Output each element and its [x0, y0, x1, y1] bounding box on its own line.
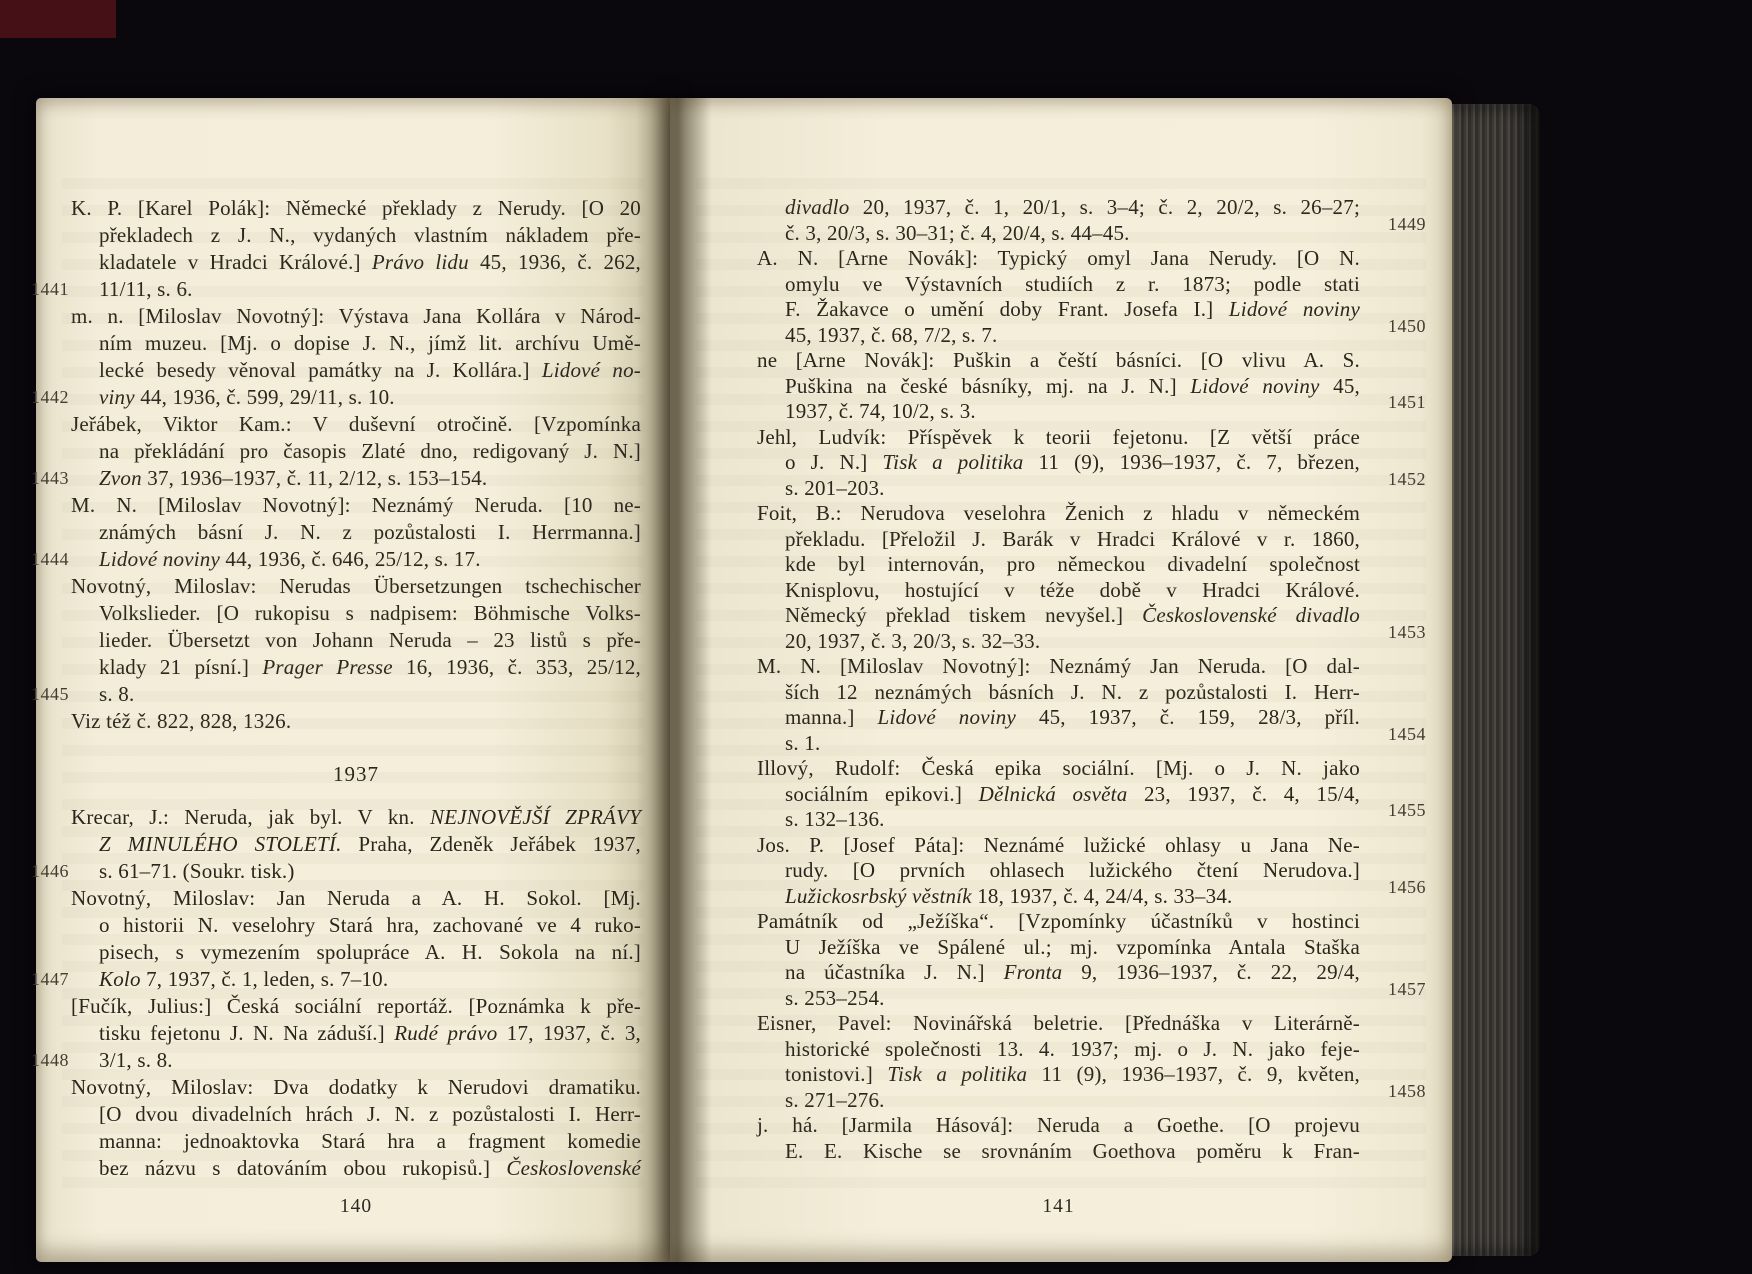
entry-number: 1441 [31, 277, 65, 302]
text-run: historické společnosti 13. 4. 1937; mj. … [785, 1037, 1360, 1061]
bibliography-entry: A. N. [Arne Novák]: Typický omyl Jana Ne… [757, 246, 1360, 348]
entry-line: pisech, s vymezením spolupráce A. H. Sok… [71, 939, 641, 966]
text-run: Praha, Zdeněk Jeřábek 1937, [342, 832, 641, 856]
text-run: Novotný, Miloslav: Jan Neruda a A. H. So… [71, 886, 641, 910]
page-number: 140 [71, 1196, 641, 1218]
entry-line: M. N. [Miloslav Novotný]: Neznámý Jan Ne… [757, 654, 1360, 680]
entry-line: překladu. [Přeložil J. Barák v Hradci Kr… [757, 527, 1360, 553]
entry-line: 45, 1937, č. 68, 7/2, s. 7.1450 [757, 323, 1360, 349]
journal-title: Z MINULÉHO STOLETÍ. [99, 832, 342, 856]
journal-title: Lidové noviny [878, 705, 1016, 729]
text-run: 45, 1937, č. 68, 7/2, s. 7. [785, 323, 997, 347]
bibliography-entry: Jos. P. [Josef Páta]: Neznámé lužické oh… [757, 833, 1360, 910]
entry-line: K. P. [Karel Polák]: Německé překlady z … [71, 195, 641, 222]
entry-line: s. 201–203.1452 [757, 476, 1360, 502]
text-run: M. N. [Miloslav Novotný]: Neznámý Jan Ne… [757, 654, 1360, 678]
journal-title: Lidové no- [542, 358, 641, 382]
text-run: ním muzeu. [Mj. o dopise J. N., jímž lit… [99, 331, 641, 355]
entry-line: na překládání pro časopis Zlaté dno, red… [71, 438, 641, 465]
text-run: 45, 1937, č. 159, 28/3, příl. [1016, 705, 1360, 729]
bibliography-entry: Jeřábek, Viktor Kam.: V duševní otročině… [71, 411, 641, 492]
journal-title: Československé divadlo [1142, 603, 1360, 627]
text-run: [Fučík, Julius:] Česká sociální reportáž… [71, 994, 641, 1018]
entry-line: [Fučík, Julius:] Česká sociální reportáž… [71, 993, 641, 1020]
entry-number: 1458 [1380, 1079, 1426, 1104]
text-run: 17, 1937, č. 3, [497, 1021, 641, 1045]
bibliography-entry: Novotný, Miloslav: Nerudas Übersetzungen… [71, 573, 641, 708]
right-page: divadlo 20, 1937, č. 1, 20/1, s. 3–4; č.… [670, 98, 1452, 1262]
text-run: 11 (9), 1936–1937, č. 7, březen, [1024, 450, 1360, 474]
text-run: Jehl, Ludvík: Příspěvek k teorii fejeton… [757, 425, 1360, 449]
entry-line: Lidové noviny 44, 1936, č. 646, 25/12, s… [71, 546, 641, 573]
text-run: překladu. [Přeložil J. Barák v Hradci Kr… [785, 527, 1360, 551]
text-run: 20, 1937, č. 3, 20/3, s. 32–33. [785, 629, 1040, 653]
journal-title: Kolo [99, 967, 141, 991]
text-run: pisech, s vymezením spolupráce A. H. Sok… [99, 940, 641, 964]
left-page: K. P. [Karel Polák]: Německé překlady z … [36, 98, 670, 1262]
text-run: 11 (9), 1936–1937, č. 9, květen, [1027, 1062, 1360, 1086]
text-run: ne [Arne Novák]: Puškin a čeští básníci.… [757, 348, 1360, 372]
bibliography-entry: Památník od „Ježíška“. [Vzpomínky účastn… [757, 909, 1360, 1011]
entry-number: 1454 [1380, 722, 1426, 747]
journal-title: divadlo [785, 195, 849, 219]
text-run: omylu ve Výstavních studiích z r. 1873; … [785, 272, 1360, 296]
entry-number: 1451 [1380, 390, 1426, 415]
text-run: 44, 1936, č. 646, 25/12, s. 17. [220, 547, 481, 571]
text-run: 20, 1937, č. 1, 20/1, s. 3–4; č. 2, 20/2… [849, 195, 1360, 219]
text-run: 7, 1937, č. 1, leden, s. 7–10. [141, 967, 389, 991]
text-run: j. há. [Jarmila Hásová]: Neruda a Goethe… [757, 1113, 1360, 1137]
entry-line: manna.] Lidové noviny 45, 1937, č. 159, … [757, 705, 1360, 731]
entry-number: 1442 [31, 385, 65, 410]
entry-line: Illový, Rudolf: Česká epika sociální. [M… [757, 756, 1360, 782]
entry-number: 1453 [1380, 620, 1426, 645]
photo-corner-artifact [0, 0, 116, 38]
entry-number: 1448 [31, 1048, 65, 1073]
entry-line: klady 21 písní.] Prager Presse 16, 1936,… [71, 654, 641, 681]
text-run: Puškina na české básníky, mj. na J. N.] [785, 374, 1190, 398]
entry-line: manna: jednoaktovka Stará hra a fragment… [71, 1128, 641, 1155]
left-page-text-column: K. P. [Karel Polák]: Německé překlady z … [71, 195, 641, 1182]
entry-line: M. N. [Miloslav Novotný]: Neznámý Neruda… [71, 492, 641, 519]
text-run: s. 253–254. [785, 986, 885, 1010]
text-run: A. N. [Arne Novák]: Typický omyl Jana Ne… [757, 246, 1360, 270]
text-run: tisku fejetonu J. N. Na záduší.] [99, 1021, 394, 1045]
entry-line: Volkslieder. [O rukopisu s nadpisem: Böh… [71, 600, 641, 627]
text-run: o J. N.] [785, 450, 882, 474]
text-run: s. 201–203. [785, 476, 885, 500]
text-run: č. 3, 20/3, s. 30–31; č. 4, 20/4, s. 44–… [785, 221, 1130, 245]
text-run: kladatele v Hradci Králové.] [99, 250, 372, 274]
text-run: s. 1. [785, 731, 820, 755]
text-run: 37, 1936–1937, č. 11, 2/12, s. 153–154. [142, 466, 488, 490]
text-run: 44, 1936, č. 599, 29/11, s. 10. [135, 385, 395, 409]
entry-line: 20, 1937, č. 3, 20/3, s. 32–33.1453 [757, 629, 1360, 655]
bibliography-entry: Novotný, Miloslav: Jan Neruda a A. H. So… [71, 885, 641, 993]
journal-title: Tisk a politika [887, 1062, 1027, 1086]
bibliography-entry: divadlo 20, 1937, č. 1, 20/1, s. 3–4; č.… [757, 195, 1360, 246]
entry-line: ších 12 neznámých básních J. N. z pozůst… [757, 680, 1360, 706]
text-run: Eisner, Pavel: Novinářská beletrie. [Pře… [757, 1011, 1360, 1035]
text-run: překladech z J. N., vydaných vlastním ná… [99, 223, 641, 247]
text-run: K. P. [Karel Polák]: Německé překlady z … [71, 196, 641, 220]
entry-line: s. 253–254.1457 [757, 986, 1360, 1012]
bibliography-entry: m. n. [Miloslav Novotný]: Výstava Jana K… [71, 303, 641, 411]
text-run: s. 61–71. (Soukr. tisk.) [99, 859, 295, 883]
text-run: 9, 1936–1937, č. 22, 29/4, [1062, 960, 1360, 984]
text-run: 45, [1320, 374, 1360, 398]
bibliography-entry: M. N. [Miloslav Novotný]: Neznámý Neruda… [71, 492, 641, 573]
entry-number: 1450 [1380, 314, 1426, 339]
text-run: manna: jednoaktovka Stará hra a fragment… [99, 1129, 641, 1153]
bibliography-entry: Illový, Rudolf: Česká epika sociální. [M… [757, 756, 1360, 833]
entry-number: 1443 [31, 466, 65, 491]
text-run: na účastníka J. N.] [785, 960, 1004, 984]
entry-line: Viz též č. 822, 828, 1326. [71, 708, 641, 735]
journal-title: Fronta [1004, 960, 1063, 984]
entry-line: sociálním epikovi.] Dělnická osvěta 23, … [757, 782, 1360, 808]
journal-title: Československé [506, 1156, 641, 1180]
entry-line: Novotný, Miloslav: Dva dodatky k Nerudov… [71, 1074, 641, 1101]
entry-line: s. 8.1445 [71, 681, 641, 708]
entry-line: ním muzeu. [Mj. o dopise J. N., jímž lit… [71, 330, 641, 357]
text-run: s. 271–276. [785, 1088, 885, 1112]
entry-line: tonistovi.] Tisk a politika 11 (9), 1936… [757, 1062, 1360, 1088]
bibliography-entry: Novotný, Miloslav: Dva dodatky k Nerudov… [71, 1074, 641, 1182]
text-run: E. E. Kische se srovnáním Goethova poměr… [785, 1139, 1360, 1163]
journal-title: Zvon [99, 466, 142, 490]
entry-line: rudy. [O prvních ohlasech lužického čten… [757, 858, 1360, 884]
entry-line: Foit, B.: Nerudova veselohra Ženich z hl… [757, 501, 1360, 527]
text-run: manna.] [785, 705, 878, 729]
entry-line: kladatele v Hradci Králové.] Právo lidu … [71, 249, 641, 276]
text-run: Krecar, J.: Neruda, jak byl. V kn. [71, 805, 430, 829]
entry-line: Novotný, Miloslav: Jan Neruda a A. H. So… [71, 885, 641, 912]
text-run: Foit, B.: Nerudova veselohra Ženich z hl… [757, 501, 1360, 525]
entry-line: Jos. P. [Josef Páta]: Neznámé lužické oh… [757, 833, 1360, 859]
text-run: Jos. P. [Josef Páta]: Neznámé lužické oh… [757, 833, 1360, 857]
entry-line: 3/1, s. 8.1448 [71, 1047, 641, 1074]
entry-line: známých básní J. N. z pozůstalosti I. He… [71, 519, 641, 546]
entry-line: tisku fejetonu J. N. Na záduší.] Rudé pr… [71, 1020, 641, 1047]
entry-line: Novotný, Miloslav: Nerudas Übersetzungen… [71, 573, 641, 600]
entry-number: 1447 [31, 967, 65, 992]
bibliography-entry: M. N. [Miloslav Novotný]: Neznámý Jan Ne… [757, 654, 1360, 756]
entry-line: [O dvou divadelních hrách J. N. z pozůst… [71, 1101, 641, 1128]
entry-number: 1449 [1380, 212, 1426, 237]
journal-title: Prager Presse [262, 655, 392, 679]
text-run: Jeřábek, Viktor Kam.: V duševní otročině… [71, 412, 641, 436]
journal-title: viny [99, 385, 135, 409]
text-run: rudy. [O prvních ohlasech lužického čten… [785, 858, 1360, 882]
journal-title: Dělnická osvěta [979, 782, 1128, 806]
entry-line: Lužickosrbský věstník 18, 1937, č. 4, 24… [757, 884, 1360, 910]
bibliography-entry: Jehl, Ludvík: Příspěvek k teorii fejeton… [757, 425, 1360, 502]
text-run: 23, 1937, č. 4, 15/4, [1127, 782, 1360, 806]
entry-number: 1456 [1380, 875, 1426, 900]
entry-number: 1457 [1380, 977, 1426, 1002]
entry-line: na účastníka J. N.] Fronta 9, 1936–1937,… [757, 960, 1360, 986]
entry-line: Zvon 37, 1936–1937, č. 11, 2/12, s. 153–… [71, 465, 641, 492]
entry-line: lecké besedy věnoval památky na J. Kollá… [71, 357, 641, 384]
entry-line: Knisplovu, hostující v téže době v Hradc… [757, 578, 1360, 604]
journal-title: Lidové noviny [1190, 374, 1319, 398]
text-run: F. Žakavce o umění doby Frant. Josefa I.… [785, 297, 1229, 321]
year-heading: 1937 [71, 761, 641, 788]
entry-line: Eisner, Pavel: Novinářská beletrie. [Pře… [757, 1011, 1360, 1037]
text-run: Illový, Rudolf: Česká epika sociální. [M… [757, 756, 1360, 780]
journal-title: Lidové noviny [99, 547, 220, 571]
text-run: s. 132–136. [785, 807, 885, 831]
text-run: Památník od „Ježíška“. [Vzpomínky účastn… [757, 909, 1360, 933]
right-page-text-column: divadlo 20, 1937, č. 1, 20/1, s. 3–4; č.… [757, 195, 1360, 1164]
entry-line: E. E. Kische se srovnáním Goethova poměr… [757, 1139, 1360, 1165]
entry-line: m. n. [Miloslav Novotný]: Výstava Jana K… [71, 303, 641, 330]
book-fore-edge [1452, 104, 1540, 1256]
entry-line: s. 271–276.1458 [757, 1088, 1360, 1114]
text-run: lecké besedy věnoval památky na J. Kollá… [99, 358, 542, 382]
entry-line: Jeřábek, Viktor Kam.: V duševní otročině… [71, 411, 641, 438]
text-run: 1937, č. 74, 10/2, s. 3. [785, 399, 976, 423]
text-run: [O dvou divadelních hrách J. N. z pozůst… [99, 1102, 641, 1126]
entry-line: 1937, č. 74, 10/2, s. 3.1451 [757, 399, 1360, 425]
entry-line: lieder. Übersetzt von Johann Neruda – 23… [71, 627, 641, 654]
text-run: Novotný, Miloslav: Dva dodatky k Nerudov… [71, 1075, 641, 1099]
bibliography-entry: Krecar, J.: Neruda, jak byl. V kn. NEJNO… [71, 804, 641, 885]
text-run: M. N. [Miloslav Novotný]: Neznámý Neruda… [71, 493, 641, 517]
entry-number: 1452 [1380, 467, 1426, 492]
text-run: o historii N. veselohry Stará hra, zacho… [99, 913, 641, 937]
bibliography-entry: Foit, B.: Nerudova veselohra Ženich z hl… [757, 501, 1360, 654]
journal-title: Rudé právo [394, 1021, 497, 1045]
entry-line: U Ježíška ve Spálené ul.; mj. vzpomínka … [757, 935, 1360, 961]
text-run: 18, 1937, č. 4, 24/4, s. 33–34. [972, 884, 1233, 908]
text-run: na překládání pro časopis Zlaté dno, red… [99, 439, 641, 463]
entry-line: ne [Arne Novák]: Puškin a čeští básníci.… [757, 348, 1360, 374]
text-run: Knisplovu, hostující v téže době v Hradc… [785, 578, 1360, 602]
entry-line: Památník od „Ježíška“. [Vzpomínky účastn… [757, 909, 1360, 935]
bibliography-entry: [Fučík, Julius:] Česká sociální reportáž… [71, 993, 641, 1074]
entry-line: Kolo 7, 1937, č. 1, leden, s. 7–10.1447 [71, 966, 641, 993]
entry-line: č. 3, 20/3, s. 30–31; č. 4, 20/4, s. 44–… [757, 221, 1360, 247]
book-photo: K. P. [Karel Polák]: Německé překlady z … [0, 0, 1752, 1274]
entry-line: překladech z J. N., vydaných vlastním ná… [71, 222, 641, 249]
entry-line: omylu ve Výstavních studiích z r. 1873; … [757, 272, 1360, 298]
journal-title: Lidové noviny [1229, 297, 1360, 321]
text-run: 11/11, s. 6. [99, 277, 193, 301]
text-run: kde byl internován, pro německou divadel… [785, 552, 1360, 576]
text-run: tonistovi.] [785, 1062, 887, 1086]
text-run: Volkslieder. [O rukopisu s nadpisem: Böh… [99, 601, 641, 625]
text-run: známých básní J. N. z pozůstalosti I. He… [99, 520, 641, 544]
bibliography-entry: Viz též č. 822, 828, 1326. [71, 708, 641, 735]
entry-line: A. N. [Arne Novák]: Typický omyl Jana Ne… [757, 246, 1360, 272]
text-run: 16, 1936, č. 353, 25/12, [393, 655, 641, 679]
entry-line: j. há. [Jarmila Hásová]: Neruda a Goethe… [757, 1113, 1360, 1139]
text-run: m. n. [Miloslav Novotný]: Výstava Jana K… [71, 304, 641, 328]
text-run: Novotný, Miloslav: Nerudas Übersetzungen… [71, 574, 641, 598]
text-run: s. 8. [99, 682, 134, 706]
entry-line: bez názvu s datováním obou rukopisů.] Če… [71, 1155, 641, 1182]
bibliography-entry: j. há. [Jarmila Hásová]: Neruda a Goethe… [757, 1113, 1360, 1164]
entry-line: o J. N.] Tisk a politika 11 (9), 1936–19… [757, 450, 1360, 476]
text-run: bez názvu s datováním obou rukopisů.] [99, 1156, 506, 1180]
text-run: ších 12 neznámých básních J. N. z pozůst… [785, 680, 1360, 704]
text-run: U Ježíška ve Spálené ul.; mj. vzpomínka … [785, 935, 1360, 959]
entry-line: Z MINULÉHO STOLETÍ. Praha, Zdeněk Jeřábe… [71, 831, 641, 858]
entry-line: Puškina na české básníky, mj. na J. N.] … [757, 374, 1360, 400]
entry-line: viny 44, 1936, č. 599, 29/11, s. 10.1442 [71, 384, 641, 411]
entry-line: kde byl internován, pro německou divadel… [757, 552, 1360, 578]
bibliography-entry: ne [Arne Novák]: Puškin a čeští básníci.… [757, 348, 1360, 425]
entry-number: 1444 [31, 547, 65, 572]
entry-number: 1445 [31, 682, 65, 707]
entry-line: Německý překlad tiskem nevyšel.] Českosl… [757, 603, 1360, 629]
entry-line: divadlo 20, 1937, č. 1, 20/1, s. 3–4; č.… [757, 195, 1360, 221]
entry-line: historické společnosti 13. 4. 1937; mj. … [757, 1037, 1360, 1063]
entry-line: s. 132–136.1455 [757, 807, 1360, 833]
text-run: sociálním epikovi.] [785, 782, 979, 806]
entry-number: 1446 [31, 859, 65, 884]
text-run: klady 21 písní.] [99, 655, 262, 679]
text-run: Viz též č. 822, 828, 1326. [71, 709, 291, 733]
entry-line: Krecar, J.: Neruda, jak byl. V kn. NEJNO… [71, 804, 641, 831]
text-run: 3/1, s. 8. [99, 1048, 173, 1072]
journal-title: NEJNOVĚJŠÍ ZPRÁVY [430, 805, 641, 829]
bibliography-entry: K. P. [Karel Polák]: Německé překlady z … [71, 195, 641, 303]
page-number: 141 [757, 1196, 1360, 1218]
text-run: Německý překlad tiskem nevyšel.] [785, 603, 1142, 627]
journal-title: Právo lidu [372, 250, 469, 274]
entry-line: 11/11, s. 6.1441 [71, 276, 641, 303]
journal-title: Lužickosrbský věstník [785, 884, 972, 908]
entry-line: s. 1.1454 [757, 731, 1360, 757]
entry-line: o historii N. veselohry Stará hra, zacho… [71, 912, 641, 939]
entry-line: Jehl, Ludvík: Příspěvek k teorii fejeton… [757, 425, 1360, 451]
entry-line: F. Žakavce o umění doby Frant. Josefa I.… [757, 297, 1360, 323]
entry-number: 1455 [1380, 798, 1426, 823]
bibliography-entry: Eisner, Pavel: Novinářská beletrie. [Pře… [757, 1011, 1360, 1113]
journal-title: Tisk a politika [882, 450, 1023, 474]
text-run: 45, 1936, č. 262, [469, 250, 641, 274]
text-run: lieder. Übersetzt von Johann Neruda – 23… [99, 628, 641, 652]
entry-line: s. 61–71. (Soukr. tisk.)1446 [71, 858, 641, 885]
